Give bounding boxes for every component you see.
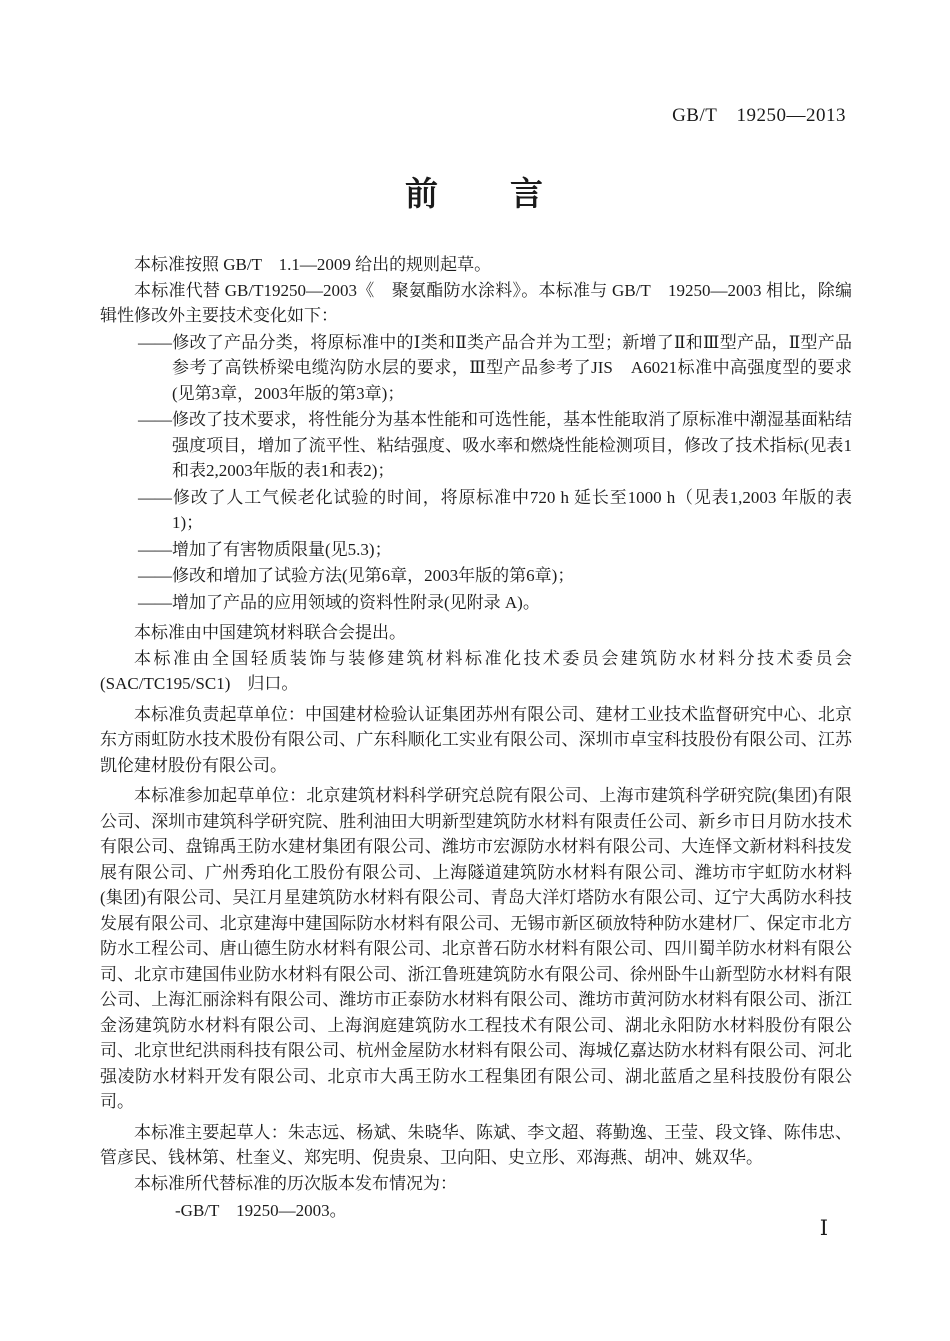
paragraph-drafting-basis: 本标准按照 GB/T 1.1—2009 给出的规则起草。 [100, 252, 852, 278]
paragraph-edition-history-intro: 本标准所代替标准的历次版本发布情况为： [100, 1171, 852, 1197]
technical-changes-list: ——修改了产品分类，将原标准中的Ⅰ类和Ⅱ类产品合并为工型；新增了Ⅱ和Ⅲ型产品，Ⅱ… [100, 330, 852, 616]
paragraph-replacement-notice: 本标准代替 GB/T19250—2003《 聚氨酯防水涂料》。本标准与 GB/T… [100, 278, 852, 329]
paragraph-main-drafters: 本标准主要起草人：朱志远、杨斌、朱晓华、陈斌、李文超、蒋勤逸、王莹、段文锋、陈伟… [100, 1120, 852, 1171]
foreword-content: 本标准按照 GB/T 1.1—2009 给出的规则起草。 本标准代替 GB/T1… [100, 252, 852, 1224]
paragraph-proposed-by: 本标准由中国建筑材料联合会提出。 [100, 620, 852, 646]
paragraph-chief-drafting-units: 本标准负责起草单位：中国建材检验认证集团苏州有限公司、建材工业技术监督研究中心、… [100, 702, 852, 779]
paragraph-participating-units: 本标准参加起草单位：北京建筑材料科学研究总院有限公司、上海市建筑科学研究院(集团… [100, 783, 852, 1115]
standard-number: GB/T 19250—2013 [672, 100, 846, 127]
change-item-classification: ——修改了产品分类，将原标准中的Ⅰ类和Ⅱ类产品合并为工型；新增了Ⅱ和Ⅲ型产品，Ⅱ… [100, 330, 852, 407]
change-item-hazardous-substances: ——增加了有害物质限量(见5.3)； [100, 537, 852, 563]
document-page: GB/T 19250—2013 前 言 本标准按照 GB/T 1.1—2009 … [0, 0, 950, 1341]
page-title: 前 言 [0, 168, 950, 215]
change-item-weathering-test: ——修改了人工气候老化试验的时间，将原标准中720 h 延长至1000 h（见表… [100, 485, 852, 536]
change-item-technical-requirements: ——修改了技术要求，将性能分为基本性能和可选性能，基本性能取消了原标准中潮湿基面… [100, 407, 852, 484]
previous-edition-reference: -GB/T 19250—2003。 [175, 1198, 852, 1224]
change-item-test-methods: ——修改和增加了试验方法(见第6章，2003年版的第6章)； [100, 563, 852, 589]
change-item-informative-annex: ——增加了产品的应用领域的资料性附录(见附录 A)。 [100, 590, 852, 616]
page-number: Ⅰ [820, 1216, 828, 1241]
paragraph-centralized-by: 本标准由全国轻质装饰与装修建筑材料标准化技术委员会建筑防水材料分技术委员会(SA… [100, 646, 852, 697]
